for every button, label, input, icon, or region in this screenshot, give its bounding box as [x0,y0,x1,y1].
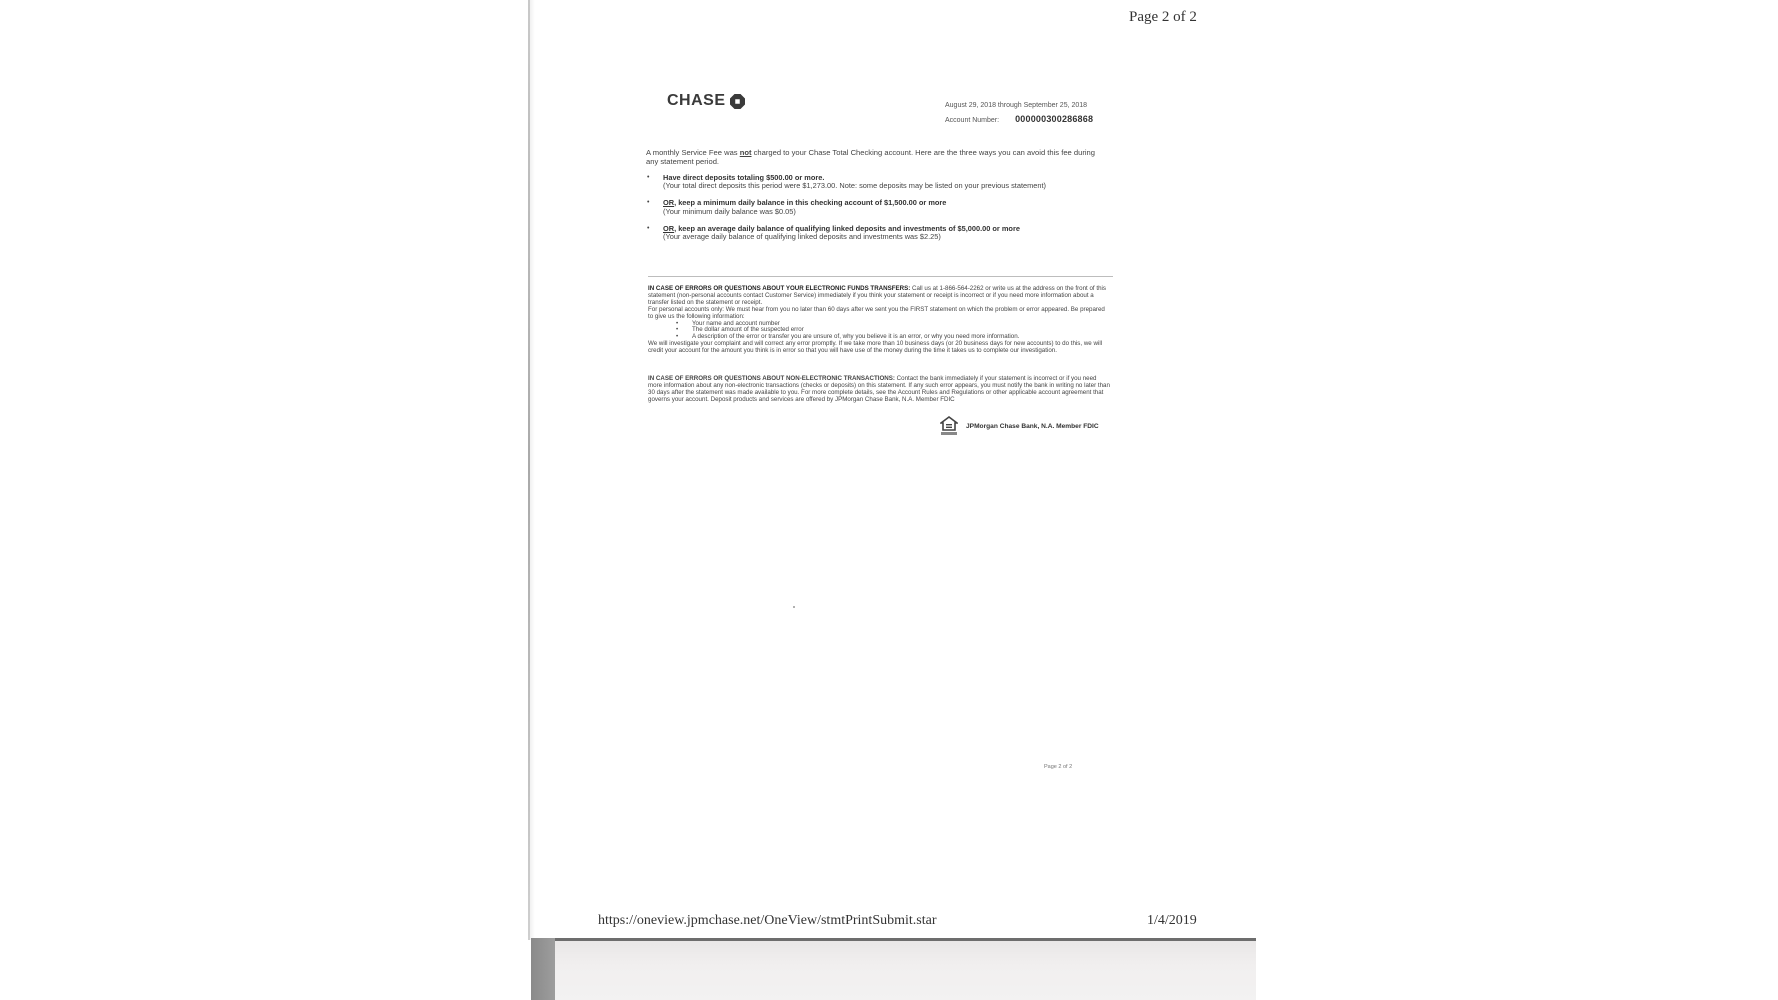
fee-waiver-detail: (Your total direct deposits this period … [663,182,1116,190]
statement-page-indicator: Page 2 of 2 [1044,764,1072,770]
chase-octagon-icon [730,94,745,109]
print-header-page-indicator: Page 2 of 2 [1129,9,1197,26]
fee-waiver-detail: (Your minimum daily balance was $0.05) [663,208,1116,216]
account-number: 000000300286868 [1015,114,1093,124]
electronic-transfers-notice: IN CASE OF ERRORS OR QUESTIONS ABOUT YOU… [648,286,1110,355]
fee-waiver-option: • OR, keep a minimum daily balance in th… [646,199,1116,215]
fdic-notice: JPMorgan Chase Bank, N.A. Member FDIC [940,416,1099,436]
not-emphasis: not [740,148,752,157]
bullet-icon: • [647,174,649,182]
bullet-icon: • [647,225,649,233]
section-divider [648,276,1113,277]
print-url: https://oneview.jpmchase.net/OneView/stm… [598,913,937,929]
fdic-text: JPMorgan Chase Bank, N.A. Member FDIC [966,423,1099,430]
fee-waiver-detail: (Your average daily balance of qualifyin… [663,233,1116,241]
account-number-row: Account Number: 000000300286868 [945,114,1093,124]
scanner-edge-strip [531,938,555,1000]
logo-text: CHASE [667,92,726,110]
scanner-bottom-band [531,938,1256,1000]
service-fee-intro: A monthly Service Fee was not charged to… [646,148,1096,166]
account-number-label: Account Number: [945,117,999,124]
statement-period: August 29, 2018 through September 25, 20… [945,102,1087,109]
fee-waiver-options: • Have direct deposits totaling $500.00 … [646,174,1116,250]
non-electronic-notice: IN CASE OF ERRORS OR QUESTIONS ABOUT NON… [648,376,1110,404]
equal-housing-lender-icon [940,416,958,436]
chase-logo: CHASE [667,92,745,110]
print-date: 1/4/2019 [1147,913,1197,929]
page-edge-shadow [530,0,535,940]
bullet-icon: • [647,199,649,207]
scan-speck [793,606,795,608]
fee-waiver-option: • OR, keep an average daily balance of q… [646,225,1116,241]
eft-list-item: •A description of the error or transfer … [648,334,1110,341]
fee-waiver-option: • Have direct deposits totaling $500.00 … [646,174,1116,190]
